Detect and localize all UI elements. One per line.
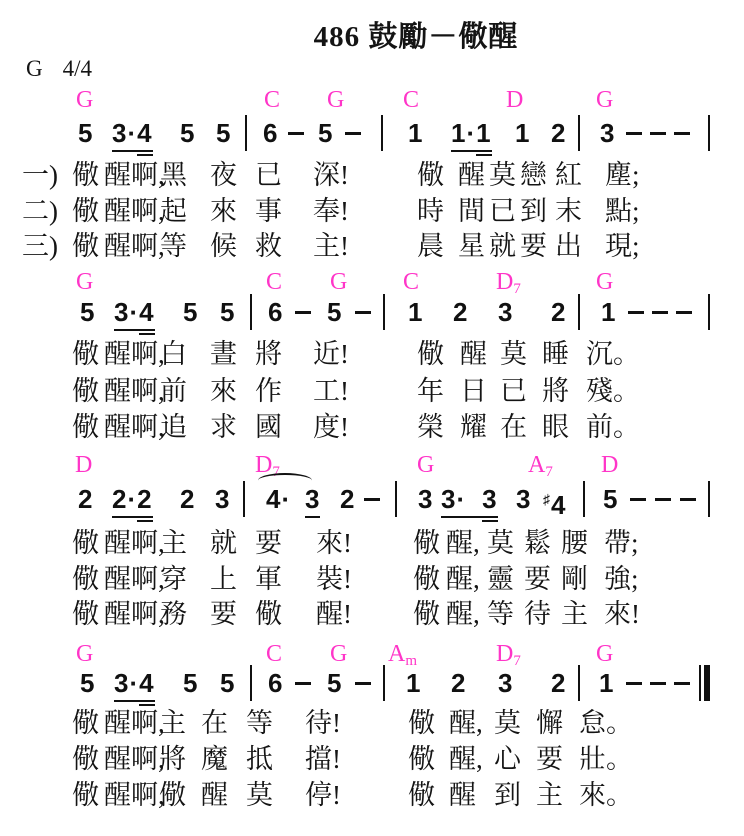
note-digit: 3· bbox=[114, 670, 139, 696]
lyric-syllable: 儆 bbox=[413, 529, 440, 557]
lyric-syllable: 來! bbox=[316, 529, 352, 557]
lyric-syllable: 沉。 bbox=[586, 340, 640, 368]
note-digit: 5 bbox=[80, 670, 95, 696]
note-digit: 3· bbox=[441, 486, 466, 512]
lyric-syllable: 到 bbox=[520, 197, 547, 225]
lyric-syllable: 近! bbox=[313, 340, 349, 368]
barline bbox=[708, 481, 710, 517]
lyric-syllable: 醒 bbox=[104, 232, 131, 260]
lyric-syllable: 黑 bbox=[160, 161, 187, 189]
lyric-syllable: 紅 bbox=[555, 161, 582, 189]
lyric-syllable: 醒 bbox=[104, 161, 131, 189]
note-digit: 5 bbox=[318, 120, 333, 146]
lyric-syllable: 莫 bbox=[246, 781, 273, 809]
lyric-syllable: 二) bbox=[22, 197, 58, 225]
lyric-syllable: 要 bbox=[536, 745, 563, 773]
note-digit: 3 bbox=[215, 486, 230, 512]
lyric-syllable: 將 bbox=[159, 745, 186, 773]
note-digit: 6 bbox=[268, 299, 283, 325]
lyric-syllable: 將 bbox=[255, 340, 282, 368]
lyric-syllable: 等 bbox=[246, 709, 273, 737]
lyric-syllable: 醒, bbox=[446, 529, 480, 557]
lyric-syllable: 要 bbox=[524, 565, 551, 593]
note-digit: 1 bbox=[599, 670, 614, 696]
hymn-title: 486 鼓勵－儆醒 bbox=[44, 22, 744, 52]
note-digit: 5 bbox=[220, 670, 235, 696]
note-digit: 5 bbox=[78, 120, 93, 146]
lyric-syllable: 已 bbox=[500, 377, 527, 405]
lyric-syllable: 壯。 bbox=[579, 745, 633, 773]
barline bbox=[708, 294, 710, 330]
duration-dash bbox=[628, 311, 644, 314]
duration-dash bbox=[680, 498, 696, 501]
lyric-syllable: 追 bbox=[160, 413, 187, 441]
lyric-syllable: 醒 bbox=[104, 781, 131, 809]
lyric-syllable: 上 bbox=[210, 565, 237, 593]
lyric-syllable: 榮 bbox=[417, 413, 444, 441]
note-digit: 2 bbox=[78, 486, 93, 512]
note-digit: 2 bbox=[340, 486, 355, 512]
lyric-syllable: 奉! bbox=[313, 197, 349, 225]
note-digit: 1 bbox=[408, 120, 423, 146]
lyric-syllable: 儆 bbox=[413, 600, 440, 628]
lyric-syllable: 等 bbox=[487, 600, 514, 628]
lyric-syllable: 醒 bbox=[104, 340, 131, 368]
lyric-syllable: 莫 bbox=[487, 529, 514, 557]
duration-dash bbox=[295, 682, 311, 685]
chord-symbol: G bbox=[330, 642, 347, 666]
barline bbox=[250, 665, 252, 701]
lyric-syllable: 就 bbox=[489, 232, 516, 260]
lyric-syllable: 儆 bbox=[72, 709, 99, 737]
lyric-syllable: 日 bbox=[460, 377, 487, 405]
duration-dash bbox=[630, 498, 646, 501]
note-digit: 5 bbox=[216, 120, 231, 146]
lyric-syllable: 主 bbox=[536, 781, 563, 809]
lyric-syllable: 前 bbox=[160, 377, 187, 405]
lyric-syllable: 來 bbox=[210, 197, 237, 225]
beamed-note-group: 3·4 bbox=[112, 120, 153, 152]
duration-dash bbox=[626, 682, 642, 685]
note-digit: 1· bbox=[451, 120, 476, 146]
lyric-syllable: 醒 bbox=[104, 529, 131, 557]
chord-symbol: G bbox=[596, 88, 613, 112]
chord-symbol: G bbox=[327, 88, 344, 112]
lyric-syllable: 儆 bbox=[72, 197, 99, 225]
lyric-syllable: 儆 bbox=[413, 565, 440, 593]
lyric-syllable: 儆 bbox=[72, 232, 99, 260]
lyric-syllable: 靈 bbox=[487, 565, 514, 593]
lyric-syllable: 醒 bbox=[104, 745, 131, 773]
lyric-syllable: 白 bbox=[160, 340, 187, 368]
beam-gap bbox=[466, 486, 482, 487]
lyric-syllable: 前。 bbox=[586, 413, 640, 441]
note-digit: 5 bbox=[183, 299, 198, 325]
lyric-syllable: 醒 bbox=[104, 709, 131, 737]
note-digit: 5 bbox=[327, 299, 342, 325]
chord-symbol: C bbox=[266, 642, 282, 666]
lyric-syllable: 戀 bbox=[520, 161, 547, 189]
barline bbox=[578, 294, 580, 330]
lyric-syllable: 已 bbox=[255, 161, 282, 189]
lyric-syllable: 腰 bbox=[561, 529, 588, 557]
lyric-syllable: 儆 bbox=[159, 781, 186, 809]
duration-dash bbox=[652, 311, 668, 314]
barline bbox=[395, 481, 397, 517]
note-digit: 3 bbox=[516, 486, 531, 512]
note-digit: 3 bbox=[498, 299, 513, 325]
lyric-syllable: 星 bbox=[458, 232, 485, 260]
lyric-syllable: 要 bbox=[255, 529, 282, 557]
lyric-syllable: 主! bbox=[313, 232, 349, 260]
note-digit: 5 bbox=[603, 486, 618, 512]
note-digit-double-underlined: 4 bbox=[139, 670, 154, 696]
lyric-syllable: 莫 bbox=[489, 161, 516, 189]
lyric-syllable: 間 bbox=[458, 197, 485, 225]
lyric-syllable: 時 bbox=[417, 197, 444, 225]
duration-dash bbox=[674, 132, 690, 135]
lyric-syllable: 塵; bbox=[605, 161, 640, 189]
lyric-syllable: 主 bbox=[159, 709, 186, 737]
chord-symbol: C bbox=[403, 88, 419, 112]
duration-dash bbox=[364, 498, 380, 501]
note-digit: 6 bbox=[268, 670, 283, 696]
barline bbox=[583, 481, 585, 517]
lyric-syllable: 儆 bbox=[72, 161, 99, 189]
chord-symbol: D bbox=[506, 88, 523, 112]
lyric-syllable: 醒 bbox=[104, 600, 131, 628]
duration-dash bbox=[355, 311, 371, 314]
hymn-sheet-page: 486 鼓勵－儆醒 G4/4 GCGCDG53·4556511·1123一)儆醒… bbox=[0, 0, 744, 836]
lyric-syllable: 一) bbox=[22, 161, 58, 189]
lyric-syllable: 三) bbox=[22, 232, 58, 260]
chord-symbol: G bbox=[330, 270, 347, 294]
note-digit-double-underlined: 3 bbox=[482, 486, 497, 512]
sharp-note: ♯4 bbox=[543, 486, 566, 518]
lyric-syllable: 起 bbox=[160, 197, 187, 225]
lyric-syllable: 工! bbox=[313, 377, 349, 405]
lyric-syllable: 主 bbox=[561, 600, 588, 628]
note-digit: 5 bbox=[80, 299, 95, 325]
duration-dash bbox=[655, 498, 671, 501]
lyric-syllable: 醒 bbox=[104, 377, 131, 405]
lyric-syllable: 儆 bbox=[72, 565, 99, 593]
lyric-syllable: 儆 bbox=[408, 745, 435, 773]
note-digit: 1 bbox=[406, 670, 421, 696]
lyric-syllable: 停! bbox=[305, 781, 341, 809]
chord-symbol: G bbox=[417, 453, 434, 477]
lyric-syllable: 儆 bbox=[72, 377, 99, 405]
note-digit: 3 bbox=[600, 120, 615, 146]
key-letter: G bbox=[26, 56, 43, 81]
chord-symbol: C bbox=[264, 88, 280, 112]
chord-subscript: m bbox=[405, 653, 417, 669]
time-signature: 4/4 bbox=[63, 56, 92, 81]
lyric-syllable: 來 bbox=[210, 377, 237, 405]
note-digit: 6 bbox=[263, 120, 278, 146]
lyric-syllable: 現; bbox=[605, 232, 640, 260]
lyric-syllable: 國 bbox=[255, 413, 282, 441]
beamed-note-group: 3·4 bbox=[114, 299, 155, 331]
chord-symbol: G bbox=[76, 88, 93, 112]
lyric-syllable: 來。 bbox=[579, 781, 633, 809]
lyric-syllable: 殘。 bbox=[586, 377, 640, 405]
barline bbox=[578, 115, 580, 151]
note-digit: 4· bbox=[266, 486, 291, 512]
chord-subscript: 7 bbox=[545, 464, 553, 480]
barline bbox=[381, 115, 383, 151]
lyric-syllable: 儆 bbox=[417, 161, 444, 189]
lyric-syllable: 魔 bbox=[201, 745, 228, 773]
note-digit: 1 bbox=[601, 299, 616, 325]
lyric-syllable: 末 bbox=[555, 197, 582, 225]
note-digit-double-underlined: 4 bbox=[139, 299, 154, 325]
duration-dash bbox=[295, 311, 311, 314]
chord-symbol: G bbox=[76, 642, 93, 666]
chord-symbol: A7 bbox=[528, 453, 553, 484]
lyric-syllable: 軍 bbox=[255, 565, 282, 593]
lyric-syllable: 醒, bbox=[446, 600, 480, 628]
lyric-syllable: 儆 bbox=[72, 413, 99, 441]
key-signature: G4/4 bbox=[26, 57, 92, 81]
lyric-syllable: 莫 bbox=[500, 340, 527, 368]
chord-subscript: 7 bbox=[513, 653, 521, 669]
barline bbox=[383, 665, 385, 701]
lyric-syllable: 醒 bbox=[460, 340, 487, 368]
beamed-note-group: 3·3 bbox=[441, 486, 498, 518]
note-digit-underlined: 3 bbox=[305, 486, 320, 518]
barline bbox=[708, 115, 710, 151]
lyric-syllable: 到 bbox=[494, 781, 521, 809]
lyric-syllable: 耀 bbox=[460, 413, 487, 441]
lyric-syllable: 鬆 bbox=[524, 529, 551, 557]
lyric-syllable: 來! bbox=[604, 600, 640, 628]
lyric-syllable: 醒 bbox=[104, 565, 131, 593]
note-digit: 2 bbox=[551, 670, 566, 696]
lyric-syllable: 出 bbox=[555, 232, 582, 260]
duration-dash bbox=[355, 682, 371, 685]
lyric-syllable: 儆 bbox=[255, 600, 282, 628]
lyric-syllable: 晝 bbox=[210, 340, 237, 368]
chord-symbol: G bbox=[596, 642, 613, 666]
lyric-syllable: 務 bbox=[160, 600, 187, 628]
lyric-syllable: 晨 bbox=[417, 232, 444, 260]
chord-symbol: G bbox=[596, 270, 613, 294]
lyric-syllable: 作 bbox=[255, 377, 282, 405]
lyric-syllable: 醒 bbox=[104, 413, 131, 441]
lyric-syllable: 強; bbox=[604, 565, 639, 593]
note-digit: 5 bbox=[180, 120, 195, 146]
final-double-barline bbox=[699, 665, 711, 701]
lyric-syllable: 求 bbox=[210, 413, 237, 441]
note-digit: 3 bbox=[418, 486, 433, 512]
note-digit-double-underlined: 1 bbox=[476, 120, 491, 146]
lyric-syllable: 年 bbox=[417, 377, 444, 405]
chord-symbol: D bbox=[75, 453, 92, 477]
lyric-syllable: 心 bbox=[494, 745, 521, 773]
note-digit: 3· bbox=[112, 120, 137, 146]
beamed-note-group: 3·4 bbox=[114, 670, 155, 702]
sharp-icon: ♯ bbox=[543, 491, 550, 507]
note-digit: 2 bbox=[451, 670, 466, 696]
lyric-syllable: 醒 bbox=[104, 197, 131, 225]
lyric-syllable: 將 bbox=[542, 377, 569, 405]
lyric-syllable: 儆 bbox=[72, 340, 99, 368]
duration-dash bbox=[345, 132, 361, 135]
note-digit-double-underlined: 4 bbox=[137, 120, 152, 146]
lyric-syllable: 儆 bbox=[72, 781, 99, 809]
lyric-syllable: 待 bbox=[524, 600, 551, 628]
chord-symbol: G bbox=[76, 270, 93, 294]
note-digit: 5 bbox=[220, 299, 235, 325]
note-digit: 1 bbox=[515, 120, 530, 146]
lyric-syllable: 醒 bbox=[449, 781, 476, 809]
lyric-syllable: 就 bbox=[210, 529, 237, 557]
lyric-syllable: 醒! bbox=[316, 600, 352, 628]
lyric-syllable: 在 bbox=[201, 709, 228, 737]
lyric-syllable: 儆 bbox=[408, 709, 435, 737]
note-digit: 5 bbox=[183, 670, 198, 696]
lyric-syllable: 要 bbox=[210, 600, 237, 628]
beamed-note-group: 1·1 bbox=[451, 120, 492, 152]
note-digit: 2· bbox=[112, 486, 137, 512]
barline bbox=[250, 294, 252, 330]
duration-dash bbox=[626, 132, 642, 135]
duration-dash bbox=[650, 682, 666, 685]
lyric-syllable: 點; bbox=[605, 197, 640, 225]
lyric-syllable: 醒, bbox=[446, 565, 480, 593]
lyric-syllable: 儆 bbox=[408, 781, 435, 809]
lyric-syllable: 懈 bbox=[536, 709, 563, 737]
note-digit: 1 bbox=[408, 299, 423, 325]
lyric-syllable: 度! bbox=[313, 413, 349, 441]
lyric-syllable: 儆 bbox=[72, 529, 99, 557]
barline bbox=[383, 294, 385, 330]
lyric-syllable: 抵 bbox=[246, 745, 273, 773]
lyric-syllable: 待! bbox=[305, 709, 341, 737]
lyric-syllable: 怠。 bbox=[579, 709, 633, 737]
note-digit: 2 bbox=[551, 299, 566, 325]
lyric-syllable: 等 bbox=[160, 232, 187, 260]
duration-dash bbox=[674, 682, 690, 685]
chord-symbol: C bbox=[266, 270, 282, 294]
lyric-syllable: 儆 bbox=[72, 600, 99, 628]
note-digit: 2 bbox=[453, 299, 468, 325]
barline bbox=[578, 665, 580, 701]
lyric-syllable: 擋! bbox=[305, 745, 341, 773]
note-digit: 3· bbox=[114, 299, 139, 325]
lyric-syllable: 深! bbox=[313, 161, 349, 189]
lyric-syllable: 候 bbox=[210, 232, 237, 260]
lyric-syllable: 主 bbox=[160, 529, 187, 557]
lyric-syllable: 眼 bbox=[542, 413, 569, 441]
chord-symbol: D bbox=[601, 453, 618, 477]
lyric-syllable: 帶; bbox=[604, 529, 639, 557]
lyric-syllable: 醒 bbox=[458, 161, 485, 189]
lyric-syllable: 救 bbox=[255, 232, 282, 260]
lyric-syllable: 已 bbox=[489, 197, 516, 225]
note-digit: 3 bbox=[498, 670, 513, 696]
lyric-syllable: 在 bbox=[500, 413, 527, 441]
lyric-syllable: 要 bbox=[520, 232, 547, 260]
chord-symbol: C bbox=[403, 270, 419, 294]
lyric-syllable: 儆 bbox=[72, 745, 99, 773]
duration-dash bbox=[676, 311, 692, 314]
chord-subscript: 7 bbox=[513, 281, 521, 297]
lyric-syllable: 醒, bbox=[449, 745, 483, 773]
lyric-syllable: 醒 bbox=[201, 781, 228, 809]
lyric-syllable: 剛 bbox=[561, 565, 588, 593]
lyric-syllable: 事 bbox=[255, 197, 282, 225]
lyric-syllable: 夜 bbox=[210, 161, 237, 189]
note-digit-double-underlined: 2 bbox=[137, 486, 152, 512]
note-digit: 2 bbox=[180, 486, 195, 512]
barline bbox=[245, 115, 247, 151]
lyric-syllable: 儆 bbox=[417, 340, 444, 368]
lyric-syllable: 裝! bbox=[316, 565, 352, 593]
note-digit: 5 bbox=[327, 670, 342, 696]
note-digit: 2 bbox=[551, 120, 566, 146]
duration-dash bbox=[288, 132, 304, 135]
beamed-note-group: 2·2 bbox=[112, 486, 153, 518]
lyric-syllable: 睡 bbox=[542, 340, 569, 368]
barline bbox=[243, 481, 245, 517]
lyric-syllable: 穿 bbox=[160, 565, 187, 593]
lyric-syllable: 莫 bbox=[494, 709, 521, 737]
lyric-syllable: 醒, bbox=[449, 709, 483, 737]
duration-dash bbox=[650, 132, 666, 135]
